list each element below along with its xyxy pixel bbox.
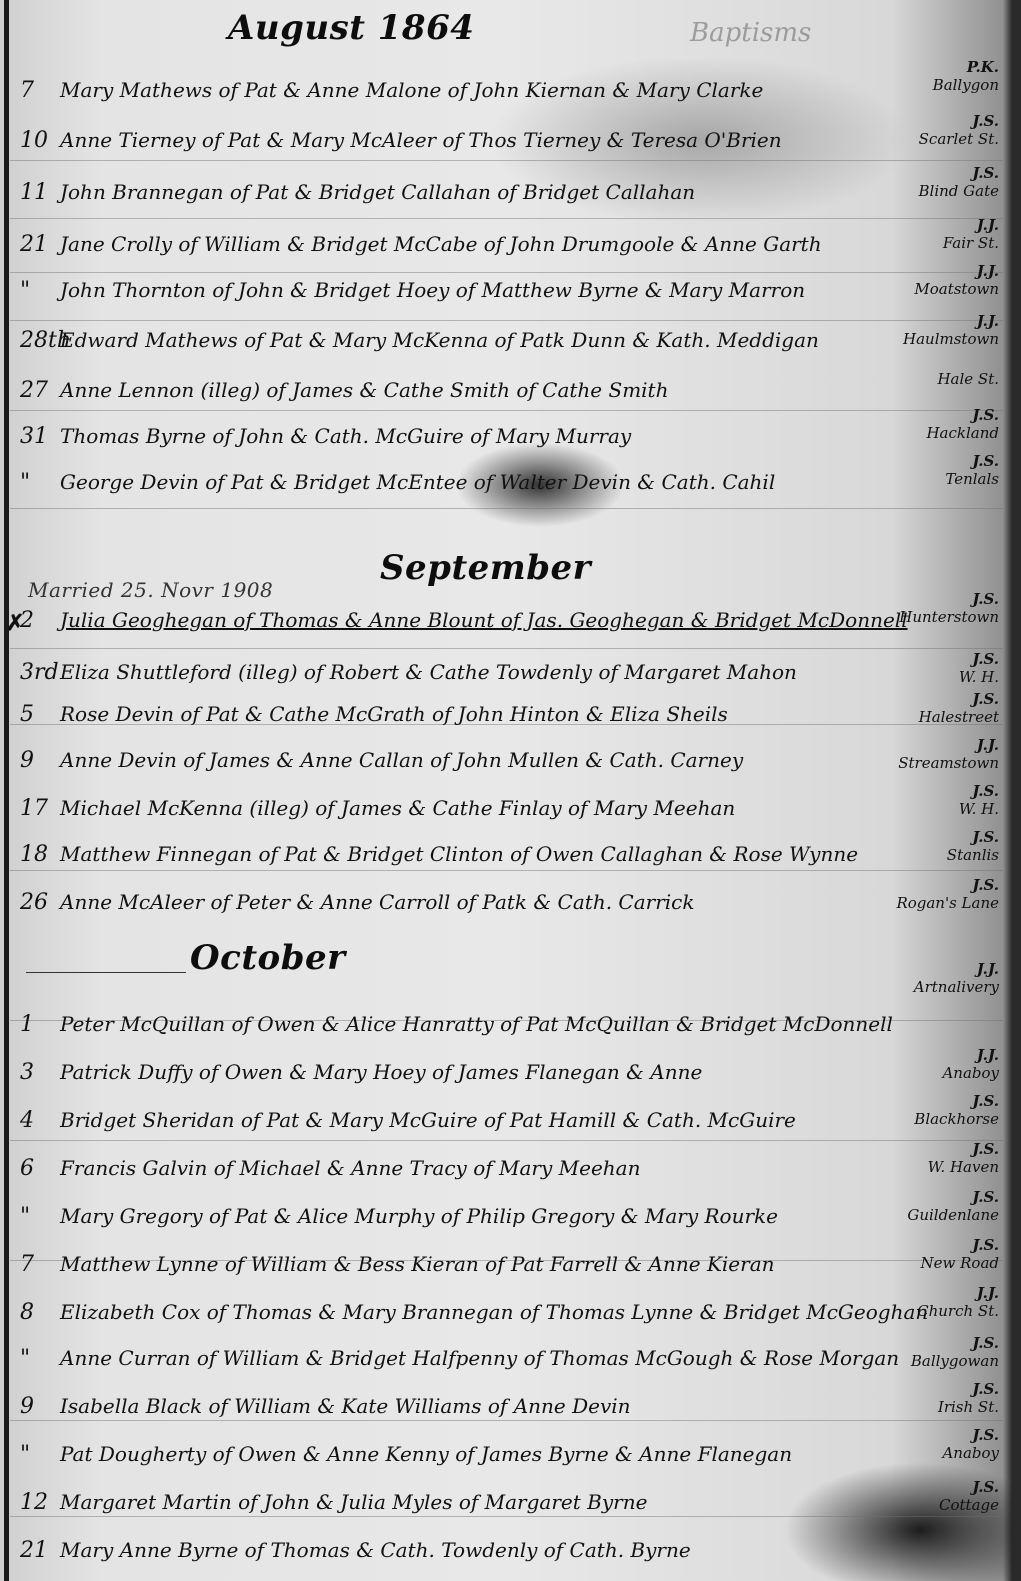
register-entry: 26 Anne McAleer of Peter & Anne Carroll … [20,890,694,930]
entry-day: 7 [20,1252,60,1277]
sponsor-mark: J.S. [899,590,999,608]
entry-text: John Thornton of John & Bridget Hoey of … [60,278,805,302]
register-entry: 9 Isabella Black of William & Kate Willi… [20,1394,631,1434]
entry-margin: J.S. Halestreet [919,690,999,726]
entry-day: 31 [20,424,60,449]
entry-text: Patrick Duffy of Owen & Mary Hoey of Jam… [60,1060,702,1084]
entry-margin: J.S. Rogan's Lane [896,876,999,912]
entry-text: Thomas Byrne of John & Cath. McGuire of … [60,424,631,448]
entry-text: Bridget Sheridan of Pat & Mary McGuire o… [60,1108,796,1132]
entry-day: " [20,1346,60,1371]
sponsor-mark: J.S. [919,690,999,708]
entry-day: 6 [20,1156,60,1181]
register-entry: 21 Mary Anne Byrne of Thomas & Cath. Tow… [20,1538,691,1578]
residence: Irish St. [938,1398,999,1416]
register-entry: 3 Patrick Duffy of Owen & Mary Hoey of J… [20,1060,702,1100]
sponsor-mark: J.J. [898,736,999,754]
entry-text: Anne Devin of James & Anne Callan of Joh… [60,748,743,772]
entry-text: Matthew Finnegan of Pat & Bridget Clinto… [60,842,858,866]
residence: Scarlet St. [919,130,999,148]
sponsor-mark: J.J. [942,1046,999,1064]
register-entry: 7 Mary Mathews of Pat & Anne Malone of J… [20,78,763,118]
entry-margin: J.S. W. Haven [928,1140,999,1176]
entry-day: 12 [20,1490,60,1515]
entry-margin: J.J. Artnalivery [914,960,999,996]
entry-day: 10 [20,128,60,153]
register-entry: 3rd Eliza Shuttleford (illeg) of Robert … [20,660,797,700]
entry-margin: Hale St. [937,370,999,388]
entry-margin: J.S. Anaboy [942,1426,999,1462]
register-entry: " George Devin of Pat & Bridget McEntee … [20,470,775,510]
sponsor-mark: J.S. [945,452,999,470]
residence: Blind Gate [919,182,999,200]
entry-margin: J.S. Blackhorse [914,1092,999,1128]
sponsor-mark: J.S. [942,1426,999,1444]
register-entry: 8 Elizabeth Cox of Thomas & Mary Branneg… [20,1300,928,1340]
register-entry: " John Thornton of John & Bridget Hoey o… [20,278,805,318]
register-entry: 12 Margaret Martin of John & Julia Myles… [20,1490,647,1530]
register-entry: 28th Edward Mathews of Pat & Mary McKenn… [20,328,819,368]
entry-text: Pat Dougherty of Owen & Anne Kenny of Ja… [60,1442,792,1466]
entry-margin: J.S. W. H. [959,782,999,818]
entry-text: Isabella Black of William & Kate William… [60,1394,631,1418]
entry-margin: J.J. Haulmstown [903,312,999,348]
entry-day: 21 [20,232,60,257]
entry-text: Francis Galvin of Michael & Anne Tracy o… [60,1156,640,1180]
register-entry: 10 Anne Tierney of Pat & Mary McAleer of… [20,128,782,168]
sponsor-mark: J.J. [917,1284,999,1302]
entry-day: 21 [20,1538,60,1563]
ruled-line [10,272,1003,273]
entry-margin: J.S. New Road [921,1236,999,1272]
entry-text: Edward Mathews of Pat & Mary McKenna of … [60,328,819,352]
month-heading-october: October [190,938,346,978]
entry-day: " [20,1204,60,1229]
entry-margin: J.S. Guildenlane [907,1188,999,1224]
entry-day: 18 [20,842,60,867]
register-entry: " Anne Curran of William & Bridget Halfp… [20,1346,899,1386]
residence: Church St. [917,1302,999,1320]
entry-day: 17 [20,796,60,821]
entry-day: 28th [20,328,60,353]
entry-day: " [20,1442,60,1467]
register-entry: 2 Julia Geoghegan of Thomas & Anne Bloun… [20,608,908,648]
sponsor-mark: P.K. [933,58,999,76]
entry-text: Mary Gregory of Pat & Alice Murphy of Ph… [60,1204,778,1228]
entry-margin: J.S. Stanlis [947,828,999,864]
marriage-annotation: Married 25. Novr 1908 [28,578,273,602]
entry-day: 7 [20,78,60,103]
sponsor-mark: J.S. [939,1478,999,1496]
entry-text: Mary Mathews of Pat & Anne Malone of Joh… [60,78,763,102]
register-entry: 6 Francis Galvin of Michael & Anne Tracy… [20,1156,640,1196]
page-outer-edge [1003,0,1013,1581]
residence: Ballygon [933,76,999,94]
residence: Hale St. [937,370,999,388]
residence: Haulmstown [903,330,999,348]
entry-margin: J.J. Church St. [917,1284,999,1320]
entry-day: 1 [20,1012,60,1037]
sponsor-mark: J.S. [959,782,999,800]
entry-margin: J.S. Hackland [926,406,999,442]
entry-margin: J.S. Hunterstown [899,590,999,626]
residence: Anaboy [942,1064,999,1082]
entry-day: 26 [20,890,60,915]
sponsor-mark: J.S. [914,1092,999,1110]
residence: Fair St. [943,234,999,252]
month-heading-august: August 1864 [228,8,474,48]
entry-day: 4 [20,1108,60,1133]
register-page: Baptisms August 1864 7 Mary Mathews of P… [0,0,1013,1581]
entry-day: 11 [20,180,60,205]
residence: Tenlals [945,470,999,488]
register-entry: 21 Jane Crolly of William & Bridget McCa… [20,232,822,272]
sponsor-mark: J.S. [919,112,999,130]
entry-margin: J.S. Blind Gate [919,164,999,200]
entry-day: 3rd [20,660,60,685]
sponsor-mark: J.S. [928,1140,999,1158]
residence: W. H. [959,800,999,818]
sponsor-mark: J.S. [921,1236,999,1254]
entry-margin: J.S. Irish St. [938,1380,999,1416]
entry-margin: J.S. Cottage [939,1478,999,1514]
residence: Cottage [939,1496,999,1514]
sponsor-mark: J.J. [914,960,999,978]
residence: Hunterstown [899,608,999,626]
month-heading-september: September [380,548,591,588]
entry-text: Julia Geoghegan of Thomas & Anne Blount … [60,608,908,632]
entry-margin: J.J. Fair St. [943,216,999,252]
sponsor-mark: J.S. [911,1334,999,1352]
entry-text: Mary Anne Byrne of Thomas & Cath. Towden… [60,1538,691,1562]
page-binding-edge [4,0,9,1581]
sponsor-mark: J.J. [943,216,999,234]
register-entry: 11 John Brannegan of Pat & Bridget Calla… [20,180,695,220]
sponsor-mark: J.S. [959,650,999,668]
register-entry: 18 Matthew Finnegan of Pat & Bridget Cli… [20,842,858,882]
residence: Guildenlane [907,1206,999,1224]
register-entry: 7 Matthew Lynne of William & Bess Kieran… [20,1252,775,1292]
sponsor-mark: J.S. [938,1380,999,1398]
register-entry: 1 Peter McQuillan of Owen & Alice Hanrat… [20,1012,893,1052]
entry-day: 8 [20,1300,60,1325]
entry-text: Anne Lennon (illeg) of James & Cathe Smi… [60,378,668,402]
entry-text: John Brannegan of Pat & Bridget Callahan… [60,180,695,204]
entry-text: Rose Devin of Pat & Cathe McGrath of Joh… [60,702,728,726]
ruled-line [10,320,1003,321]
residence: Ballygowan [911,1352,999,1370]
entry-text: Anne McAleer of Peter & Anne Carroll of … [60,890,694,914]
register-entry: 17 Michael McKenna (illeg) of James & Ca… [20,796,735,836]
entry-text: Jane Crolly of William & Bridget McCabe … [60,232,822,256]
entry-day: 2 [20,608,60,633]
entry-day: 27 [20,378,60,403]
register-entry: 31 Thomas Byrne of John & Cath. McGuire … [20,424,631,464]
residence: Blackhorse [914,1110,999,1128]
sponsor-mark: J.S. [947,828,999,846]
register-entry: 4 Bridget Sheridan of Pat & Mary McGuire… [20,1108,796,1148]
entry-margin: J.J. Anaboy [942,1046,999,1082]
sponsor-mark: J.J. [914,262,999,280]
ruled-line [10,648,1003,649]
entry-text: Margaret Martin of John & Julia Myles of… [60,1490,647,1514]
entry-text: George Devin of Pat & Bridget McEntee of… [60,470,775,494]
residence: New Road [921,1254,999,1272]
entry-day: 5 [20,702,60,727]
entry-margin: P.K. Ballygon [933,58,999,94]
residence: W. H. [959,668,999,686]
residence: Rogan's Lane [896,894,999,912]
entry-day: 3 [20,1060,60,1085]
residence: Halestreet [919,708,999,726]
entry-margin: J.S. Scarlet St. [919,112,999,148]
residence: Stanlis [947,846,999,864]
entry-text: Eliza Shuttleford (illeg) of Robert & Ca… [60,660,797,684]
register-entry: 5 Rose Devin of Pat & Cathe McGrath of J… [20,702,728,742]
entry-margin: J.S. Tenlals [945,452,999,488]
sponsor-mark: J.S. [896,876,999,894]
entry-day: 9 [20,748,60,773]
sponsor-mark: J.S. [907,1188,999,1206]
entry-margin: J.S. Ballygowan [911,1334,999,1370]
residence: Streamstown [898,754,999,772]
entry-text: Peter McQuillan of Owen & Alice Hanratty… [60,1012,893,1036]
entry-text: Elizabeth Cox of Thomas & Mary Brannegan… [60,1300,928,1324]
register-entry: " Pat Dougherty of Owen & Anne Kenny of … [20,1442,792,1482]
entry-text: Anne Tierney of Pat & Mary McAleer of Th… [60,128,782,152]
entry-margin: J.J. Streamstown [898,736,999,772]
entry-text: Anne Curran of William & Bridget Halfpen… [60,1346,899,1370]
entry-text: Matthew Lynne of William & Bess Kieran o… [60,1252,775,1276]
sponsor-mark: J.S. [919,164,999,182]
register-entry: 9 Anne Devin of James & Anne Callan of J… [20,748,743,788]
entry-text: Michael McKenna (illeg) of James & Cathe… [60,796,735,820]
sponsor-mark: J.S. [926,406,999,424]
residence: Artnalivery [914,978,999,996]
entry-margin: J.S. W. H. [959,650,999,686]
entry-day: " [20,278,60,303]
entry-margin: J.J. Moatstown [914,262,999,298]
residence: Moatstown [914,280,999,298]
heading-rule [26,972,186,973]
bleed-through-text: Baptisms [690,18,811,48]
register-entry: 27 Anne Lennon (illeg) of James & Cathe … [20,378,668,418]
sponsor-mark: J.J. [903,312,999,330]
residence: Anaboy [942,1444,999,1462]
entry-day: 9 [20,1394,60,1419]
register-entry: " Mary Gregory of Pat & Alice Murphy of … [20,1204,778,1244]
entry-day: " [20,470,60,495]
residence: Hackland [926,424,999,442]
residence: W. Haven [928,1158,999,1176]
